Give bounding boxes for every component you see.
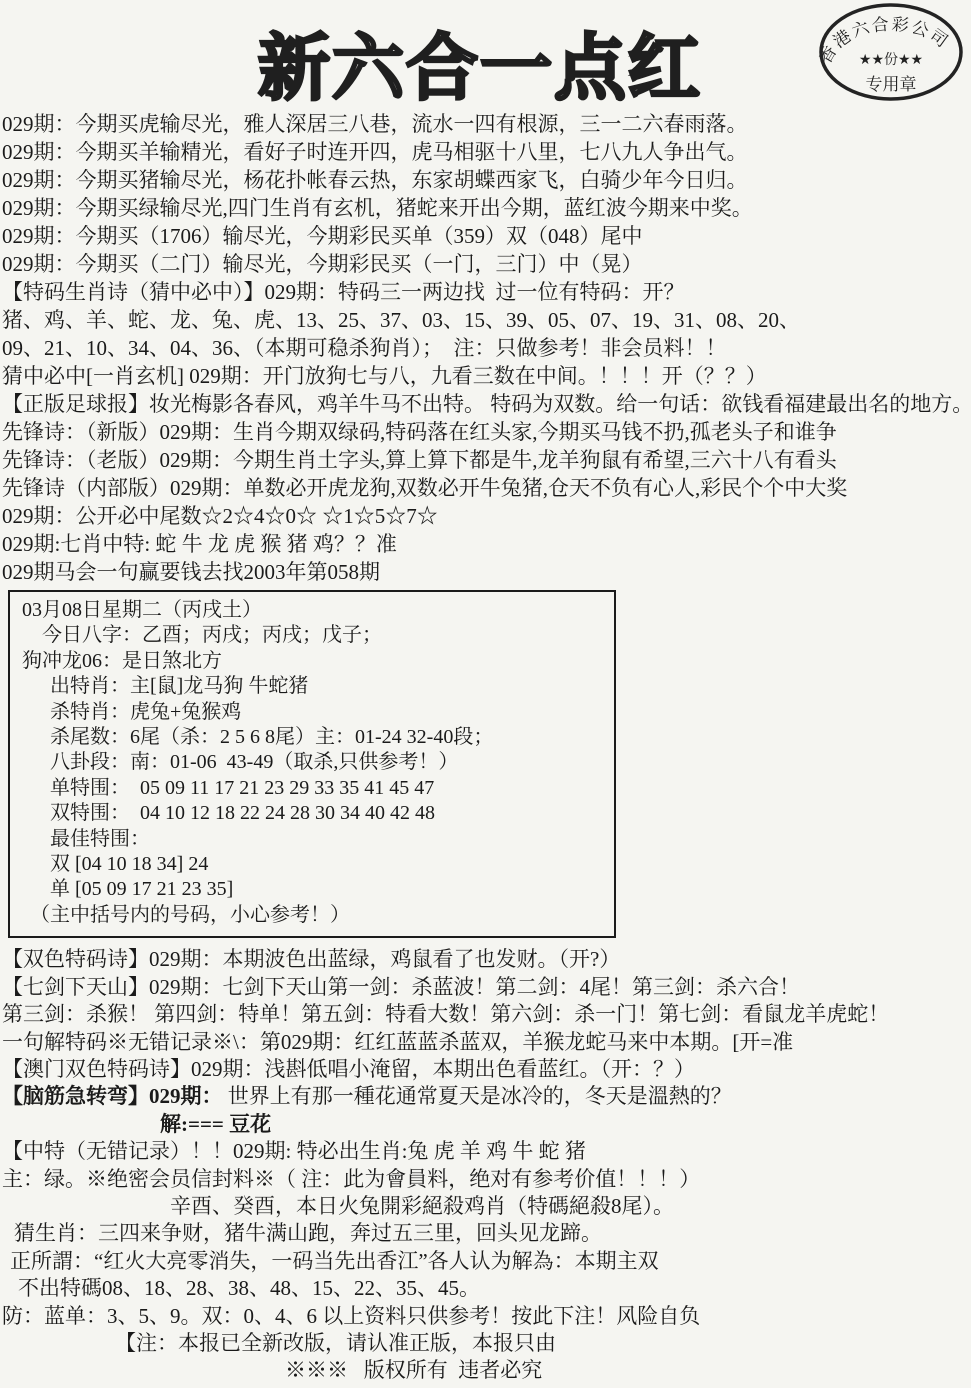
- almanac-kill-tail-line: 杀尾数：6尾（杀：2 5 6 8尾）主：01-24 32-40段；: [14, 725, 610, 750]
- masthead-header: 新六合一点红 香港六合彩公司 ★★份★★ 专用章: [0, 0, 971, 110]
- riddle-answer-line: 解:=== 豆花: [0, 1111, 971, 1138]
- almanac-clash-line: 狗冲龙06：是日煞北方: [14, 649, 610, 674]
- almanac-best-even-line: 双 [04 10 18 34] 24: [14, 852, 610, 877]
- seven-zodiac-line: 029期:七肖中特: 蛇 牛 龙 虎 猴 猪 鸡？？准: [0, 530, 971, 558]
- saying-line: 正所謂：“红火大亮零消失，一码当先出香江”各人认为解為：本期主双: [0, 1248, 971, 1275]
- almanac-best-range-header: 最佳特围：: [14, 827, 610, 852]
- fire-rabbit-line: 辛酉、癸酉，本日火兔開彩絕殺鸡肖（特碼絕殺8尾）。: [0, 1193, 971, 1220]
- seven-swords-line: 【七剑下天山】029期：七剑下天山第一剑：杀蓝波！第二剑：4尾！第三剑：杀六合！: [0, 974, 971, 1001]
- almanac-odd-range-line: 单特围： 05 09 11 17 21 23 29 33 35 41 45 47: [14, 776, 610, 801]
- tip-line: 029期：今期买（二门）输尽光，今期彩民买（一门，三门）中（晃）: [0, 250, 971, 278]
- tip-line: 029期：今期买（1706）输尽光，今期彩民买单（359）双（048）尾中: [0, 222, 971, 250]
- pioneer-poem-line: 先锋诗：（新版）029期：生肖今期双绿码,特码落在红头家,今期买马钱不扔,孤老头…: [0, 418, 971, 446]
- almanac-bazi-line: 今日八字：乙酉；丙戌；丙戌；戊子；: [14, 623, 610, 648]
- almanac-best-odd-line: 单 [05 09 17 21 23 35]: [14, 877, 610, 902]
- stamp-star-row: ★★份★★: [859, 52, 923, 68]
- riddle-line: 【脑筋急转弯】029期： 世界上有那一種花通常夏天是冰冷的，冬天是溫熱的？: [0, 1083, 971, 1110]
- pioneer-poem-line: 先锋诗：（老版）029期：今期生肖土字头,算上算下都是牛,龙羊狗鼠有希望,三六十…: [0, 446, 971, 474]
- tip-line: 029期：今期买羊输精光，看好子时连开四，虎马相驱十八里，七八九人争出气。: [0, 138, 971, 166]
- tip-line: 【正版足球报】妆光梅影各春风，鸡羊牛马不出特。 特码为双数。给一句话：欲钱看福建…: [0, 390, 971, 418]
- guess-zodiac-line: 猜生肖：三四来争财，猪牛满山跑，奔过五三里，回头见龙蹄。: [0, 1220, 971, 1247]
- two-color-poem-line: 【双色特码诗】029期：本期波色出蓝绿，鸡鼠看了也发财。（开?）: [0, 946, 971, 973]
- excluded-numbers-line: 不出特碼08、18、28、38、48、15、22、35、45。: [0, 1275, 971, 1302]
- almanac-kill-zodiac-line: 杀特肖：虎兔+兔猴鸡: [14, 700, 610, 725]
- verse-section: 029期：今期买虎输尽光，雅人深居三八巷，流水一四有根源，三一二六春雨落。 02…: [0, 110, 971, 586]
- stamp-seal-label: 专用章: [866, 74, 917, 95]
- almanac-even-range-line: 双特围： 04 10 12 18 22 24 28 30 34 40 42 48: [14, 801, 610, 826]
- almanac-out-zodiac-line: 出特肖：主[鼠]龙马狗 牛蛇猪: [14, 674, 610, 699]
- tip-line: 029期：今期买绿输尽光,四门生肖有玄机，猪蛇来开出今期，蓝红波今期来中奖。: [0, 194, 971, 222]
- zhongte-line: 【中特（无错记录）！！029期: 特必出生肖:兔 虎 羊 鸡 牛 蛇 猪: [0, 1138, 971, 1165]
- one-sentence-line: 一句解特码※无错记录※\：第029期：红红蓝蓝杀蓝双，羊猴龙蛇马来中本期。[开=…: [0, 1029, 971, 1056]
- member-material-line: 主：绿。※绝密会员信封料※（ 注：此为會員料，绝对有参考价值！！！）: [0, 1166, 971, 1193]
- zodiac-number-line: 猪、鸡、羊、蛇、龙、兔、虎、13、25、37、03、15、39、05、07、19…: [0, 306, 971, 334]
- company-stamp: 香港六合彩公司 ★★份★★ 专用章: [815, 0, 967, 109]
- edition-note-line: 【注：本报已全新改版，请认准正版，本报只由: [0, 1330, 971, 1357]
- tip-line: 029期：今期买虎输尽光，雅人深居三八巷，流水一四有根源，三一二六春雨落。: [0, 110, 971, 138]
- pioneer-poem-line: 先锋诗（内部版）029期：单数必开虎龙狗,双数必开牛兔猪,仓天不负有心人,彩民个…: [0, 474, 971, 502]
- lower-section: 【双色特码诗】029期：本期波色出蓝绿，鸡鼠看了也发财。（开?） 【七剑下天山】…: [0, 946, 971, 1385]
- copyright-line: ※※※ 版权所有 违者必究: [0, 1357, 971, 1384]
- zodiac-poem-header-line: 【特码生肖诗（猜中必中）】029期：特码三一两边找 过一位有特码：开？: [0, 278, 971, 306]
- stamp-graphic: 香港六合彩公司 ★★份★★ 专用章: [815, 0, 967, 104]
- tip-sheet-page: { "colors": { "ink": "#1a1a1a", "paper":…: [0, 0, 971, 1388]
- zodiac-number-line: 09、21、10、34、04、36、（本期可稳杀狗肖）； 注：只做参考！非会员料…: [0, 334, 971, 362]
- tail-number-line: 029期：公开必中尾数☆2☆4☆0☆ ☆1☆5☆7☆: [0, 502, 971, 530]
- seven-swords-line: 第三剑：杀猴！ 第四剑：特单！第五剑：特看大数！第六剑：杀一门！第七剑：看鼠龙羊…: [0, 1001, 971, 1028]
- almanac-box: 03月08日星期二（丙戌土） 今日八字：乙酉；丙戌；丙戌；戊子； 狗冲龙06：是…: [8, 590, 616, 938]
- macau-poem-line: 【澳门双色特码诗】029期：浅斟低唱小淹留，本期出色看蓝红。（开：？）: [0, 1056, 971, 1083]
- reference-issue-line: 029期马会一句赢要钱去找2003年第058期: [0, 558, 971, 586]
- tip-line: 猜中必中[一肖玄机] 029期：开门放狗七与八，九看三数在中间。！！！开（？？）: [0, 362, 971, 390]
- almanac-date-line: 03月08日星期二（丙戌土）: [14, 598, 610, 623]
- disclaimer-line: 防：蓝单：3、5、9。双：0、4、6 以上资料只供参考！按此下注！风险自负: [0, 1303, 971, 1330]
- almanac-note-line: （主中括号内的号码，小心参考！）: [14, 903, 610, 928]
- tip-line: 029期：今期买猪输尽光，杨花扑帐春云热，东家胡蝶西家飞，白骑少年今日归。: [0, 166, 971, 194]
- masthead-title: 新六合一点红: [258, 10, 702, 114]
- almanac-bagua-line: 八卦段：南：01-06 43-49（取杀,只供参考！）: [14, 750, 610, 775]
